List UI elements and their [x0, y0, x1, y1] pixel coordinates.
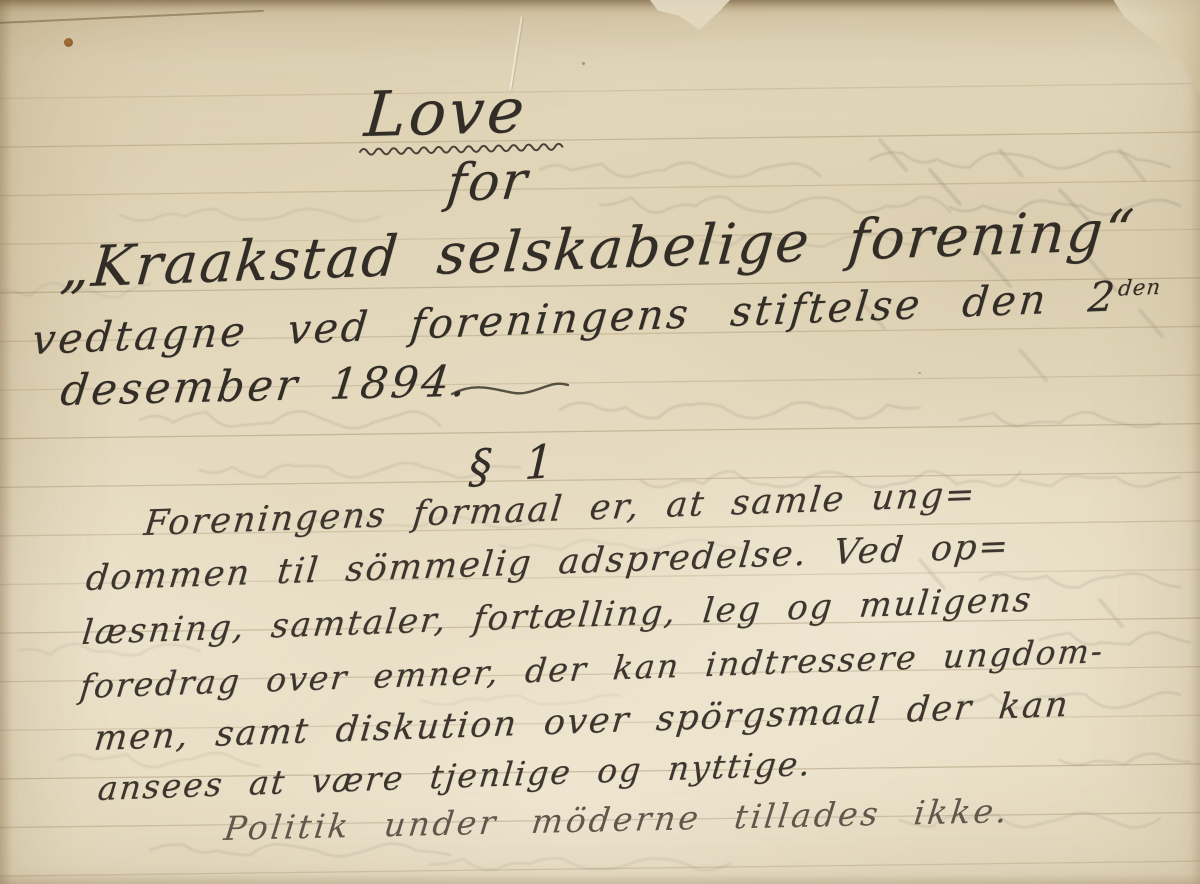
title-preposition: for	[444, 151, 532, 214]
manuscript-page: Love for „Kraakstad selskabelige forenin…	[0, 0, 1200, 884]
paragraph-line: Politik under möderne tillades ikke.	[222, 791, 1012, 848]
page-right-edge-shading	[1190, 0, 1200, 884]
document-title: Love	[362, 74, 530, 151]
paper-speck	[918, 372, 921, 374]
date-line: desember 1894.	[58, 357, 471, 416]
ordinal-superscript: den	[1117, 275, 1162, 302]
paper-speck	[582, 62, 585, 65]
foxing-spot	[64, 38, 73, 47]
page-left-edge-shading	[0, 0, 12, 884]
section-heading: § 1	[468, 434, 557, 494]
page-bottom-edge-shading	[0, 874, 1200, 884]
